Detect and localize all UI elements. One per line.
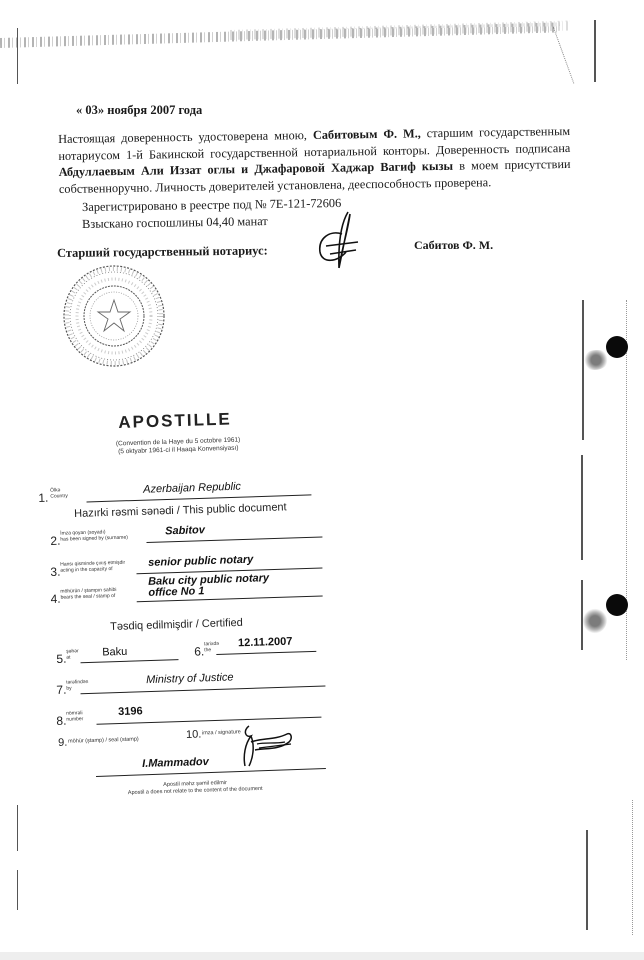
apostille-footer: Apostil məhz şəmil edilmir Apostil a doe… [100,778,290,798]
country-value: Azerbaijan Republic [143,481,241,496]
signed-by-value: Sabitov [165,524,205,537]
public-document-heading: Hazırki rəsmi sənədi / This public docum… [74,501,287,520]
smudge-mark [583,608,607,634]
left-edge-line-bottom [17,805,18,851]
field-underline [146,536,322,543]
apostille-signature-icon [235,720,299,770]
signatory-name: I.Mammadov [142,756,209,770]
right-edge-line-top [594,20,596,82]
notary-signature-icon [312,208,362,274]
field-underline [216,651,316,655]
field-issued-by: 7. tərəfindən by Ministry of Justice [56,668,336,697]
punch-hole-icon [606,336,628,358]
apostille-title: APOSTILLE [118,409,232,433]
date-value: 12.11.2007 [238,636,293,650]
field-underline [81,686,326,695]
notary-name: Сабитовым Ф. М., [313,126,421,142]
field-underline [81,659,179,663]
signer-name: Сабитов Ф. М. [414,239,493,251]
certificate-paragraph: Настоящая доверенность удостоверена мною… [58,123,571,197]
right-edge-line-3 [581,580,583,650]
right-dotted-edge-bottom [632,800,634,935]
state-fee: Взыскано госпошлины 04,40 манат [82,215,268,230]
registry-number: Зарегистрировано в реестре под № 7Е-121-… [82,197,341,213]
left-edge-line [17,28,18,84]
signer-title: Старший государственный нотариус: [57,244,268,259]
certified-heading: Təsdiq edilmişdir / Certified [110,617,243,633]
field-place-date: 5. şəhər at Baku 6. tarixdə the 12.11.20… [56,637,336,666]
convention-reference: (Convention de la Haye du 5 octobre 1961… [98,436,258,457]
punch-hole-icon [606,594,628,616]
page-fold-edge [553,26,575,83]
capacity-value: senior public notary [148,554,253,569]
scan-noise-top-faint [230,21,570,40]
viewer-bottom-edge [0,952,644,960]
place-value: Baku [102,646,127,659]
issued-by-value: Ministry of Justice [146,671,234,686]
field-signed-by: 2. İmza qoyan (soyadı) has been signed b… [50,519,330,548]
right-edge-line [582,300,584,440]
smudge-mark [583,350,609,370]
number-value: 3196 [118,705,143,718]
right-edge-line-4 [586,830,588,930]
seal-of-value: Baku city public notary office No 1 [148,573,270,599]
right-edge-line-2 [581,455,583,560]
left-edge-line-bottom2 [17,870,18,910]
certificate-date: « 03» ноября 2007 года [76,104,202,117]
signature-underline [96,768,326,777]
official-seal-icon [60,262,168,370]
